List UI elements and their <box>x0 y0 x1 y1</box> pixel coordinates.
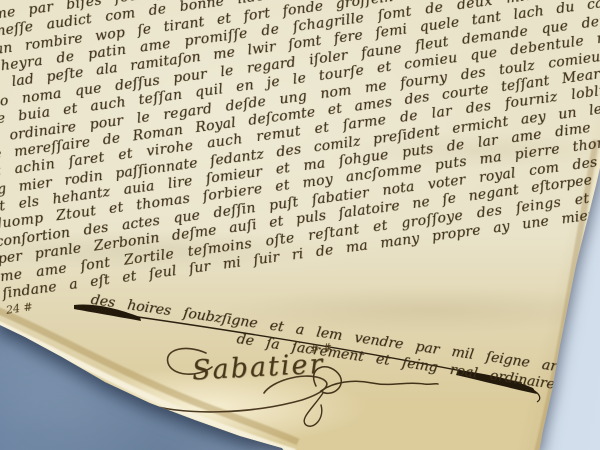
manuscript-photo: et main par auch devant deſple faicte Z … <box>0 0 600 450</box>
parchment-shadow: et main par auch devant deſple faicte Z … <box>0 0 600 450</box>
parchment-sheet: et main par auch devant deſple faicte Z … <box>0 0 600 450</box>
